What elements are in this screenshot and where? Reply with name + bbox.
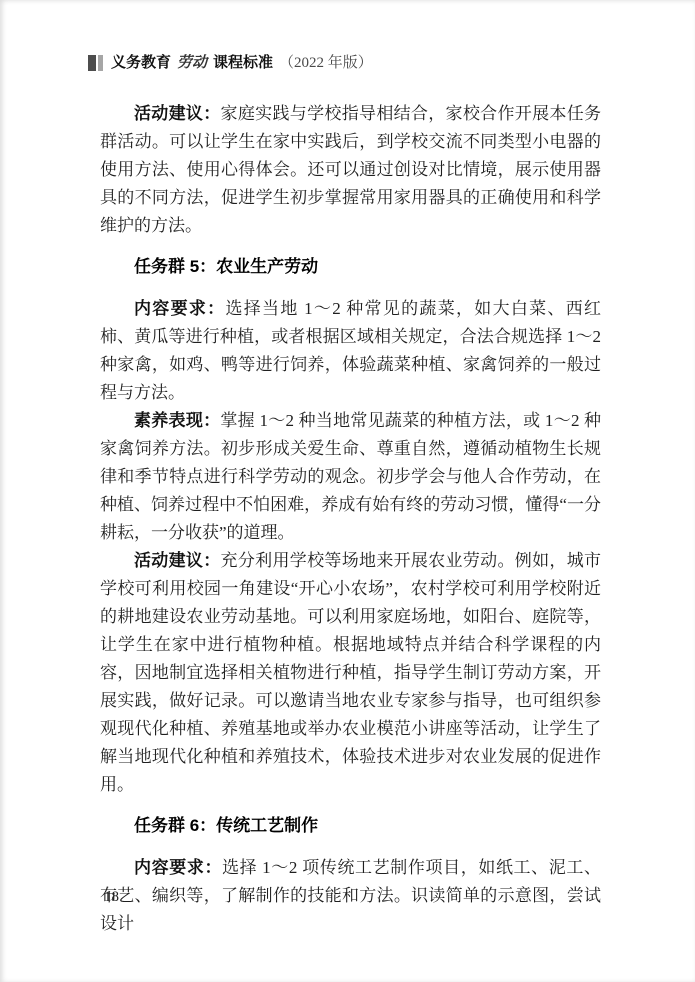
paragraph-label: 内容要求： [134,858,222,877]
header-series-label: 义务教育 [111,54,171,72]
page-number: 18 [104,889,119,905]
document-page: 义务教育 劳动 课程标准 （2022 年版） 活动建议：家庭实践与学校指导相结合… [0,0,695,982]
running-header: 义务教育 劳动 课程标准 （2022 年版） [88,54,373,72]
paragraph-label: 活动建议： [134,551,221,570]
paragraph-content-requirements-agriculture: 内容要求：选择当地 1～2 种常见的蔬菜，如大白菜、西红柿、黄瓜等进行种植，或者… [100,295,601,407]
section-heading-task-group-5: 任务群 5：农业生产劳动 [100,253,601,281]
header-bar-dark-icon [88,55,96,71]
paragraph-text: 充分利用学校等场地来开展农业劳动。例如，城市学校可利用校园一角建设“开心小农场”… [100,551,601,794]
page-footer: 18 [104,889,119,906]
page-body: 活动建议：家庭实践与学校指导相结合，家校合作开展本任务群活动。可以让学生在家中实… [100,100,601,938]
paragraph-activity-suggestion-agriculture: 活动建议：充分利用学校等场地来开展农业劳动。例如，城市学校可利用校园一角建设“开… [100,547,601,799]
paragraph-label: 活动建议： [134,104,221,123]
section-heading-task-group-6: 任务群 6：传统工艺制作 [100,812,601,840]
paragraph-content-requirements-crafts: 内容要求：选择 1～2 项传统工艺制作项目，如纸工、泥工、布艺、编织等，了解制作… [100,854,601,938]
paragraph-text: 掌握 1～2 种当地常见蔬菜的种植方法，或 1～2 种家禽饲养方法。初步形成关爱… [100,411,601,542]
paragraph-text: 家庭实践与学校指导相结合，家校合作开展本任务群活动。可以让学生在家中实践后，到学… [100,104,601,235]
header-subject-label: 劳动 [177,54,207,72]
header-bar-light-icon [98,55,103,71]
header-edition-label: （2022 年版） [279,54,373,72]
paragraph-competency-performance: 素养表现：掌握 1～2 种当地常见蔬菜的种植方法，或 1～2 种家禽饲养方法。初… [100,407,601,547]
paragraph-activity-suggestion-appliances: 活动建议：家庭实践与学校指导相结合，家校合作开展本任务群活动。可以让学生在家中实… [100,100,601,240]
paragraph-label: 内容要求： [134,299,225,318]
paragraph-label: 素养表现： [134,411,220,430]
header-doc-type-label: 课程标准 [213,54,273,72]
